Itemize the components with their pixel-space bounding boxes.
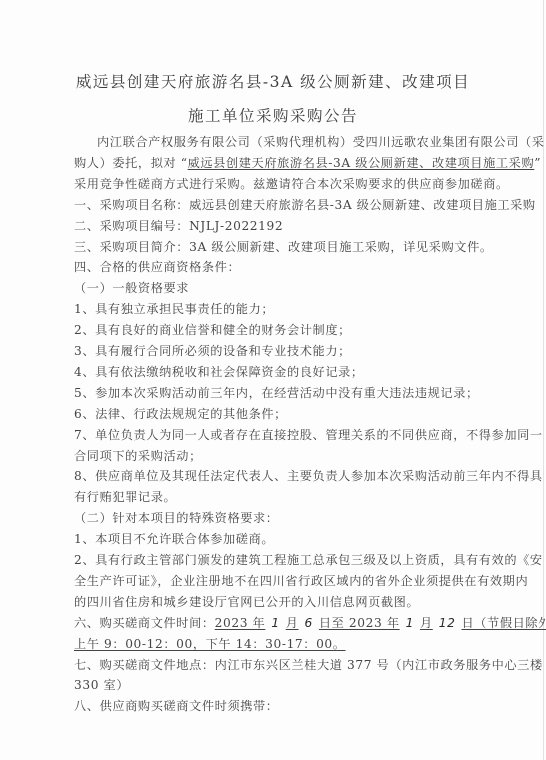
document-title-line1: 威远县创建天府旅游名县-3A 级公厕新建、改建项目	[0, 70, 546, 92]
intro-line2-suffix: ”	[534, 156, 541, 170]
general-requirements-header: （一）一般资格要求	[74, 279, 189, 296]
section-project-number: 二、采购项目编号：NJLJ-2022192	[74, 217, 283, 234]
general-item-continued: 有行贿犯罪记录。	[74, 488, 176, 505]
general-item: 1、具有独立承担民事责任的能力；	[74, 300, 274, 317]
section-purchase-location-cont: 330 室）	[74, 676, 129, 693]
section-project-name: 一、采购项目名称：威远县创建天府旅游名县-3A 级公厕新建、改建项目施工采购	[74, 196, 536, 213]
date-range-tail: 日（节假日除外），	[461, 616, 546, 630]
purchase-time-hours: 上午 9：00-12：00，下午 14：30-17：00。	[74, 635, 346, 652]
general-item-continued: 合同项下的采购活动；	[74, 447, 202, 464]
general-item: 6、法律、行政法规规定的其他条件；	[74, 405, 287, 422]
general-item: 7、单位负责人为同一人或者存在直接控股、管理关系的不同供应商，不得参加同一	[74, 426, 543, 443]
date-range-middle: 日至 2023 年	[319, 616, 400, 630]
section-purchase-location: 七、购买磋商文件地点：内江市东兴区兰桂大道 377 号（内江市政务服务中心三楼	[74, 656, 543, 673]
end-day-handwritten: 12	[433, 616, 462, 630]
general-item: 8、供应商单位及其现任法定代表人、主要负责人参加本次采购活动前三年内不得具	[74, 467, 543, 484]
project-name-underlined: 威远县创建天府旅游名县-3A 级公厕新建、改建项目施工采购	[188, 156, 535, 170]
document-page: 威远县创建天府旅游名县-3A 级公厕新建、改建项目 施工单位采购采购公告 内江联…	[0, 0, 544, 760]
month-label: 月	[286, 616, 299, 630]
intro-line2-prefix: 购人）委托，拟对 “	[74, 156, 188, 170]
intro-line3: 采用竞争性磋商方式进行采购。兹邀请符合本次采购要求的供应商参加磋商。	[74, 175, 509, 192]
special-item-continued: 全生产许可证》，企业注册地不在四川省行政区域内的省外企业须提供在有效期内	[74, 572, 528, 589]
end-month-handwritten: 1	[400, 616, 420, 630]
document-title-line2: 施工单位采购采购公告	[0, 104, 546, 126]
special-item: 1、本项目不允许联合体参加磋商。	[74, 530, 274, 547]
section-required-items: 八、供应商购买磋商文件时须携带：	[74, 697, 279, 714]
special-item-continued: 的四川省住房和城乡建设厅官网已公开的入川信息网页截图。	[74, 593, 419, 610]
special-item: 2、具有行政主管部门颁发的建筑工程施工总承包三级及以上资质，具有有效的《安	[74, 551, 543, 568]
month-label: 月	[420, 616, 433, 630]
section-project-summary: 三、采购项目简介：3A 级公厕新建、改建项目施工采购，详见采购文件。	[74, 238, 493, 255]
start-day-handwritten: 6	[299, 616, 319, 630]
intro-line1: 内江联合产权服务有限公司（采购代理机构）受四川远歌农业集团有限公司（采	[97, 133, 545, 150]
purchase-time-range: 2023 年1月6日至 2023 年1月12日（节假日除外），	[215, 616, 546, 630]
start-month-handwritten: 1	[265, 616, 285, 630]
intro-line2: 购人）委托，拟对 “威远县创建天府旅游名县-3A 级公厕新建、改建项目施工采购”	[74, 154, 541, 171]
purchase-time-label: 六、购买磋商文件时间：	[74, 616, 215, 630]
section-purchase-time: 六、购买磋商文件时间：2023 年1月6日至 2023 年1月12日（节假日除外…	[74, 614, 546, 631]
section-qualifications: 四、合格的供应商资格条件：	[74, 258, 240, 275]
start-year: 2023 年	[215, 616, 266, 630]
general-item: 5、参加本次采购活动前三年内，在经营活动中没有重大违法违规记录；	[74, 384, 479, 401]
general-item: 4、具有依法缴纳税收和社会保障资金的良好记录；	[74, 363, 364, 380]
general-item: 3、具有履行合同所必须的设备和专业技术能力；	[74, 342, 351, 359]
special-requirements-header: （二）针对本项目的特殊资格要求：	[74, 509, 279, 526]
general-item: 2、具有良好的商业信誉和健全的财务会计制度；	[74, 321, 351, 338]
